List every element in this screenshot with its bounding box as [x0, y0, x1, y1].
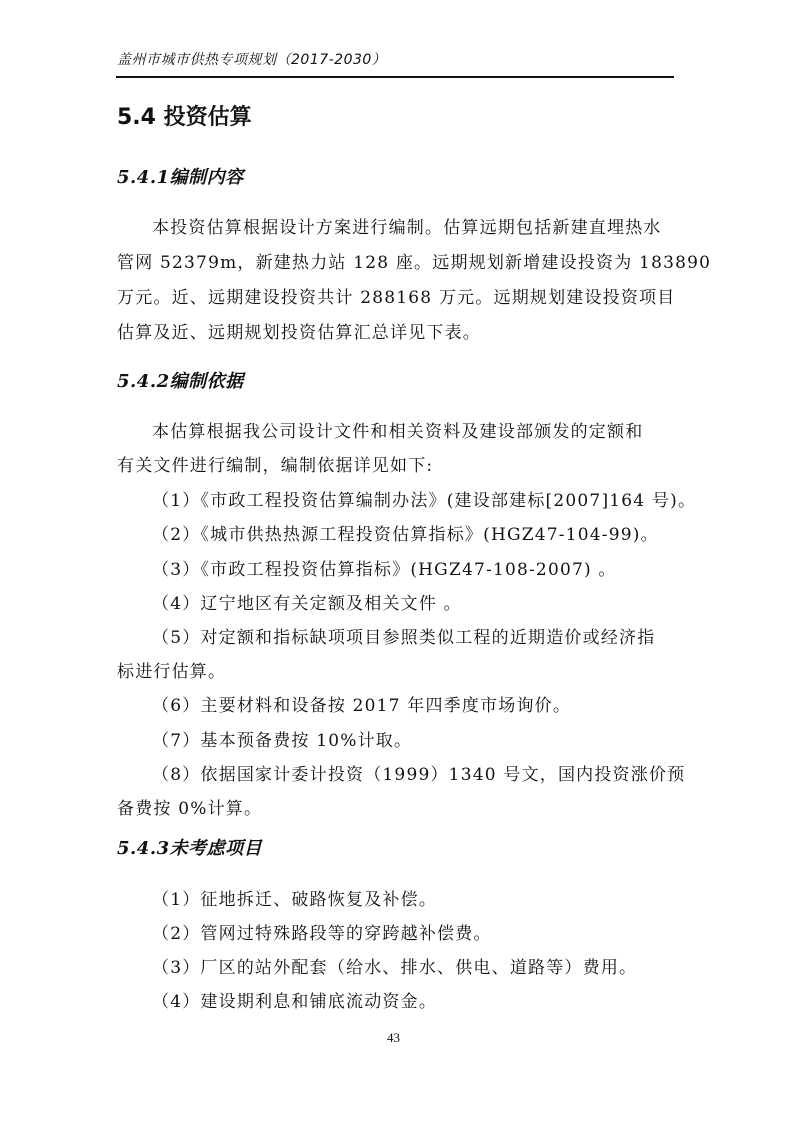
paragraph-line: 本投资估算根据设计方案进行编制。估算远期包括新建直埋热水	[152, 213, 662, 238]
subsection-heading-5-4-2: 5.4.2编制依据	[117, 367, 244, 393]
paragraph-line: 管网 52379m，新建热力站 128 座。远期规划新增建设投资为 183890	[117, 248, 711, 273]
list-item: （2）《城市供热热源工程投资估算指标》(HGZ47-104-99)。	[152, 520, 659, 545]
list-item: （3）《市政工程投资估算指标》(HGZ47-108-2007) 。	[152, 555, 617, 580]
subsection-heading-5-4-3: 5.4.3未考虑项目	[117, 834, 262, 860]
subsection-heading-5-4-1: 5.4.1编制内容	[117, 163, 244, 189]
paragraph-line: 估算及近、远期规划投资估算汇总详见下表。	[117, 318, 481, 343]
document-page: 盖州市城市供热专项规划（2017-2030） 5.4 投资估算 5.4.1编制内…	[0, 0, 793, 1122]
list-item: （6）主要材料和设备按 2017 年四季度市场询价。	[152, 691, 571, 716]
running-header: 盖州市城市供热专项规划（2017-2030）	[117, 49, 386, 69]
list-item: （7）基本预备费按 10%计取。	[152, 726, 412, 751]
paragraph-line: 万元。近、远期建设投资共计 288168 万元。远期规划建设投资项目	[117, 283, 676, 308]
section-title: 5.4 投资估算	[117, 100, 252, 131]
list-item: （1）《市政工程投资估算编制办法》(建设部建标[2007]164 号)。	[152, 486, 696, 511]
header-divider	[116, 76, 674, 78]
paragraph-line: 本估算根据我公司设计文件和相关资料及建设部颁发的定额和	[152, 417, 643, 442]
list-item-continuation: 标进行估算。	[117, 657, 226, 682]
list-item: （4）建设期利息和铺底流动资金。	[152, 987, 437, 1012]
list-item: （3）厂区的站外配套（给水、排水、供电、道路等）费用。	[152, 953, 637, 978]
page-number: 43	[387, 1030, 400, 1046]
list-item: （2）管网过特殊路段等的穿跨越补偿费。	[152, 919, 492, 944]
list-item: （4）辽宁地区有关定额及相关文件 。	[152, 589, 462, 614]
list-item-continuation: 备费按 0%计算。	[117, 794, 262, 819]
paragraph-line: 有关文件进行编制，编制依据详见如下:	[117, 451, 433, 476]
list-item: （8）依据国家计委计投资（1999）1340 号文，国内投资涨价预	[152, 760, 685, 785]
list-item: （1）征地拆迁、破路恢复及补偿。	[152, 885, 437, 910]
list-item: （5）对定额和指标缺项项目参照类似工程的近期造价或经济指	[152, 623, 655, 648]
